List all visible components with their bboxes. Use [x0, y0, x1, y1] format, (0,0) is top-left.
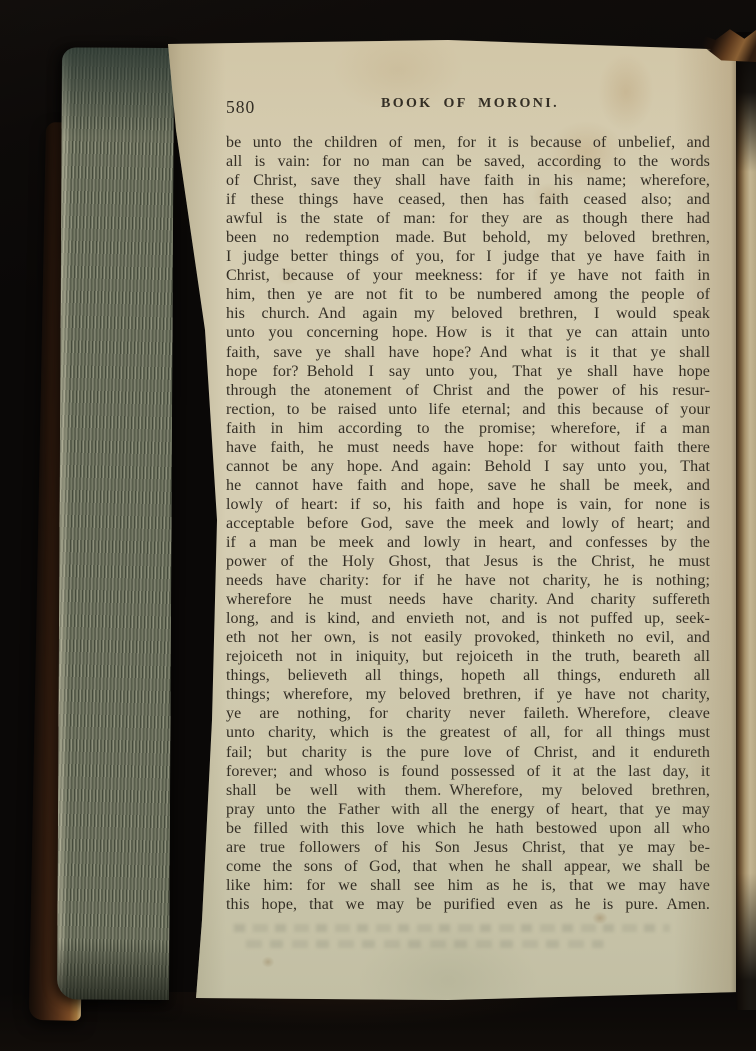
- text-line: if these things have ceased, then has fa…: [226, 190, 710, 209]
- text-line: his church. And again my beloved brethre…: [226, 304, 710, 323]
- show-through-text: [234, 924, 670, 950]
- text-line: shall be well with them. Wherefore, my b…: [226, 781, 710, 800]
- text-line: if a man be meek and lowly in heart, and…: [226, 533, 710, 552]
- text-line: be filled with this love which he hath b…: [226, 819, 710, 838]
- text-line: ye are nothing, for charity never failet…: [226, 704, 710, 723]
- text-line: awful is the state of man: for they are …: [226, 209, 710, 228]
- text-line: unto charity, which is the greatest of a…: [226, 723, 710, 742]
- text-line: unto you concerning hope. How is it that…: [226, 323, 710, 342]
- text-line: him, then ye are not fit to be numbered …: [226, 285, 710, 304]
- text-line: long, and is kind, and envieth not, and …: [226, 609, 710, 628]
- text-line: acceptable before God, save the meek and…: [226, 514, 710, 533]
- text-line: lowly of heart: if so, his faith and hop…: [226, 495, 710, 514]
- text-line: rection, to be raised unto life eternal;…: [226, 400, 710, 419]
- text-line: faith, save ye shall have hope? And what…: [226, 343, 710, 362]
- text-line: through the atonement of Christ and the …: [226, 381, 710, 400]
- text-line: been no redemption made. But behold, my …: [226, 228, 710, 247]
- text-line: power of the Holy Ghost, that Jesus is t…: [226, 552, 710, 571]
- page-text: be unto the children of men, for it is b…: [226, 133, 710, 914]
- text-line: hope for? Behold I say unto you, That ye…: [226, 362, 710, 381]
- book-page: 580 BOOK OF MORONI. be unto the children…: [148, 40, 738, 1002]
- text-line: forever; and whoso is found possessed of…: [226, 762, 710, 781]
- text-line: eth not her own, is not easily provoked,…: [226, 628, 710, 647]
- page-number: 580: [226, 97, 255, 118]
- text-line: like him: for we shall see him as he is,…: [226, 876, 710, 895]
- text-line: wherefore he must needs have charity. An…: [226, 590, 710, 609]
- text-line: things; wherefore, my beloved brethren, …: [226, 685, 710, 704]
- text-line: fail; but charity is the pure love of Ch…: [226, 743, 710, 762]
- text-line: this hope, that we may be purified even …: [226, 895, 710, 914]
- text-line: I judge better things of you, for I judg…: [226, 247, 710, 266]
- page-header: 580 BOOK OF MORONI.: [226, 96, 710, 112]
- text-line: be unto the children of men, for it is b…: [226, 133, 710, 152]
- text-line: Christ, because of your meekness: for if…: [226, 266, 710, 285]
- text-line: things, believeth all things, hopeth all…: [226, 666, 710, 685]
- text-line: all is vain: for no man can be saved, ac…: [226, 152, 710, 171]
- text-line: needs have charity: for if he have not c…: [226, 571, 710, 590]
- text-line: of Christ, save they shall have faith in…: [226, 171, 710, 190]
- text-line: rejoiceth not in iniquity, but rejoiceth…: [226, 647, 710, 666]
- running-header: BOOK OF MORONI.: [226, 96, 710, 112]
- photo-background: 580 BOOK OF MORONI. be unto the children…: [0, 0, 756, 1051]
- text-line: pray unto the Father with all the energy…: [226, 800, 710, 819]
- text-line: have faith, he must needs have hope: for…: [226, 438, 710, 457]
- text-line: cannot be any hope. And again: Behold I …: [226, 457, 710, 476]
- text-line: faith in him according to the promise; w…: [226, 419, 710, 438]
- adjacent-page-gutter: [736, 32, 756, 1010]
- text-line: he cannot have faith and hope, save he s…: [226, 476, 710, 495]
- text-line: come the sons of God, that when he shall…: [226, 857, 710, 876]
- page-stack-fore-edge: [57, 47, 174, 1000]
- text-line: are true followers of his Son Jesus Chri…: [226, 838, 710, 857]
